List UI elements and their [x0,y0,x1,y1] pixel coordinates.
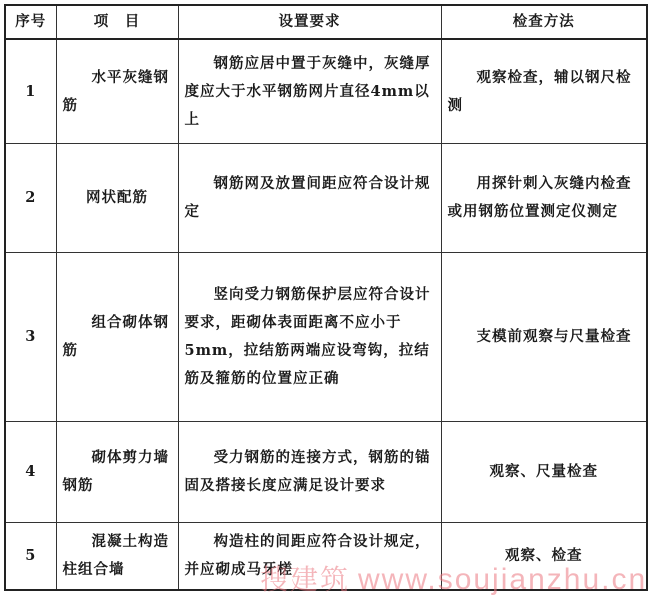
row-item: 网状配筋 [56,144,178,253]
row-num: 1 [5,39,56,144]
row-requirement: 受力钢筋的连接方式，钢筋的锚固及搭接长度应满足设计要求 [178,422,441,523]
table-row: 2 网状配筋 钢筋网及放置间距应符合设计规定 用探针刺入灰缝内检查或用钢筋位置测… [5,144,647,253]
row-requirement: 构造柱的间距应符合设计规定，并应砌成马牙槎 [178,523,441,591]
row-requirement: 钢筋应居中置于灰缝中，灰缝厚度应大于水平钢筋网片直径4mm以上 [178,39,441,144]
row-num: 5 [5,523,56,591]
row-item: 组合砌体钢筋 [56,253,178,422]
row-num: 4 [5,422,56,523]
row-method: 用探针刺入灰缝内检查或用钢筋位置测定仪测定 [441,144,647,253]
row-method: 观察、尺量检查 [441,422,647,523]
row-item: 混凝土构造柱组合墙 [56,523,178,591]
row-num: 2 [5,144,56,253]
row-method: 观察检查，辅以钢尺检测 [441,39,647,144]
header-item: 项 目 [56,5,178,39]
row-requirement: 竖向受力钢筋保护层应符合设计要求，距砌体表面距离不应小于5mm，拉结筋两端应设弯… [178,253,441,422]
spec-table: 序号 项 目 设置要求 检查方法 1 水平灰缝钢筋 钢筋应居中置于灰缝中，灰缝厚… [4,4,648,591]
row-method: 支模前观察与尺量检查 [441,253,647,422]
table-row: 5 混凝土构造柱组合墙 构造柱的间距应符合设计规定，并应砌成马牙槎 观察、检查 [5,523,647,591]
header-requirement: 设置要求 [178,5,441,39]
row-num: 3 [5,253,56,422]
row-method: 观察、检查 [441,523,647,591]
header-method: 检查方法 [441,5,647,39]
table-row: 4 砌体剪力墙钢筋 受力钢筋的连接方式，钢筋的锚固及搭接长度应满足设计要求 观察… [5,422,647,523]
table-row: 1 水平灰缝钢筋 钢筋应居中置于灰缝中，灰缝厚度应大于水平钢筋网片直径4mm以上… [5,39,647,144]
table-header-row: 序号 项 目 设置要求 检查方法 [5,5,647,39]
row-item: 砌体剪力墙钢筋 [56,422,178,523]
row-requirement: 钢筋网及放置间距应符合设计规定 [178,144,441,253]
row-item: 水平灰缝钢筋 [56,39,178,144]
header-num: 序号 [5,5,56,39]
table-row: 3 组合砌体钢筋 竖向受力钢筋保护层应符合设计要求，距砌体表面距离不应小于5mm… [5,253,647,422]
